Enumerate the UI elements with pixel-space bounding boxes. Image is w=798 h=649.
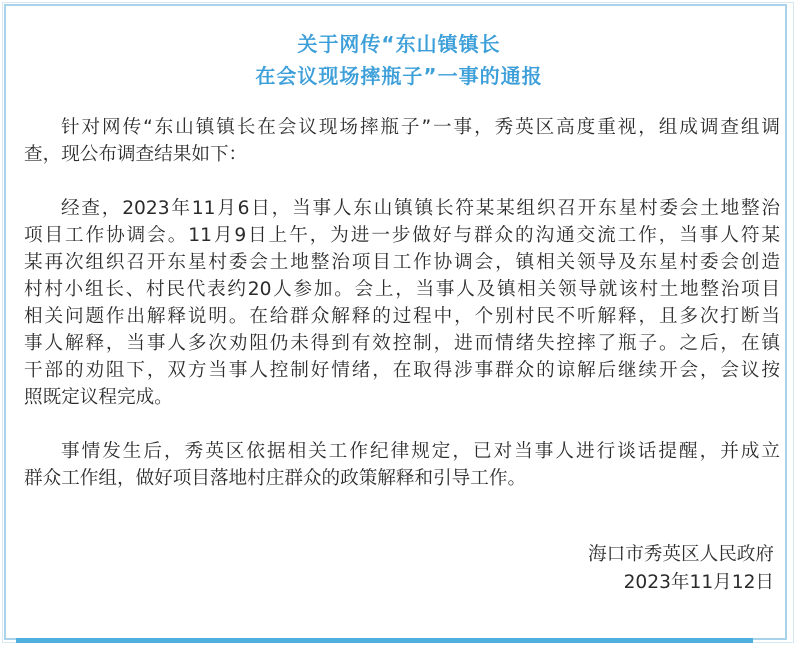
paragraph-followup: 事情发生后，秀英区依据相关工作纪律规定，已对当事人进行谈话提醒，并成立 群众工作… xyxy=(24,438,780,492)
paragraph-intro: 针对网传“东山镇镇长在会议现场摔瓶子”一事，秀英区高度重视，组成调查组调 查，现… xyxy=(24,114,780,168)
title-line-1: 关于网传“东山镇镇长 xyxy=(0,28,798,57)
text-line: 针对网传“东山镇镇长在会议现场摔瓶子”一事，秀英区高度重视，组成调查组调 xyxy=(24,114,780,141)
text-line: 某再次组织召开东星村委会土地整治项目工作协调会，镇相关领导及东星村委会创造 xyxy=(24,249,780,276)
text-line: 查，现公布调查结果如下： xyxy=(24,141,780,168)
document-body: 针对网传“东山镇镇长在会议现场摔瓶子”一事，秀英区高度重视，组成调查组调 查，现… xyxy=(24,114,780,492)
text-line: 经查，2023年11月6日，当事人东山镇镇长符某某组织召开东星村委会土地整治 xyxy=(24,195,780,222)
text-line: 村村小组长、村民代表约20人参加。会上，当事人及镇相关领导就该村土地整治项目 xyxy=(24,276,780,303)
title-line-2: 在会议现场摔瓶子”一事的通报 xyxy=(0,60,798,89)
signature-date: 2023年11月12日 xyxy=(624,568,774,594)
text-line: 照既定议程完成。 xyxy=(24,384,780,411)
text-line: 事情发生后，秀英区依据相关工作纪律规定，已对当事人进行谈话提醒，并成立 xyxy=(24,438,780,465)
signature-organization: 海口市秀英区人民政府 xyxy=(588,540,774,566)
text-line: 相关问题作出解释说明。在给群众解释的过程中，个别村民不听解释，且多次打断当 xyxy=(24,303,780,330)
text-line: 群众工作组，做好项目落地村庄群众的政策解释和引导工作。 xyxy=(24,465,780,492)
text-line: 干部的劝阻下，双方当事人控制好情绪，在取得涉事群众的谅解后继续开会，会议按 xyxy=(24,357,780,384)
bottom-accent-bar xyxy=(16,638,753,643)
paragraph-findings: 经查，2023年11月6日，当事人东山镇镇长符某某组织召开东星村委会土地整治 项… xyxy=(24,195,780,411)
text-line: 事人解释，当事人多次劝阻仍未得到有效控制，进而情绪失控摔了瓶子。之后，在镇 xyxy=(24,330,780,357)
text-line: 项目工作协调会。11月9日上午，为进一步做好与群众的沟通交流工作，当事人符某 xyxy=(24,222,780,249)
